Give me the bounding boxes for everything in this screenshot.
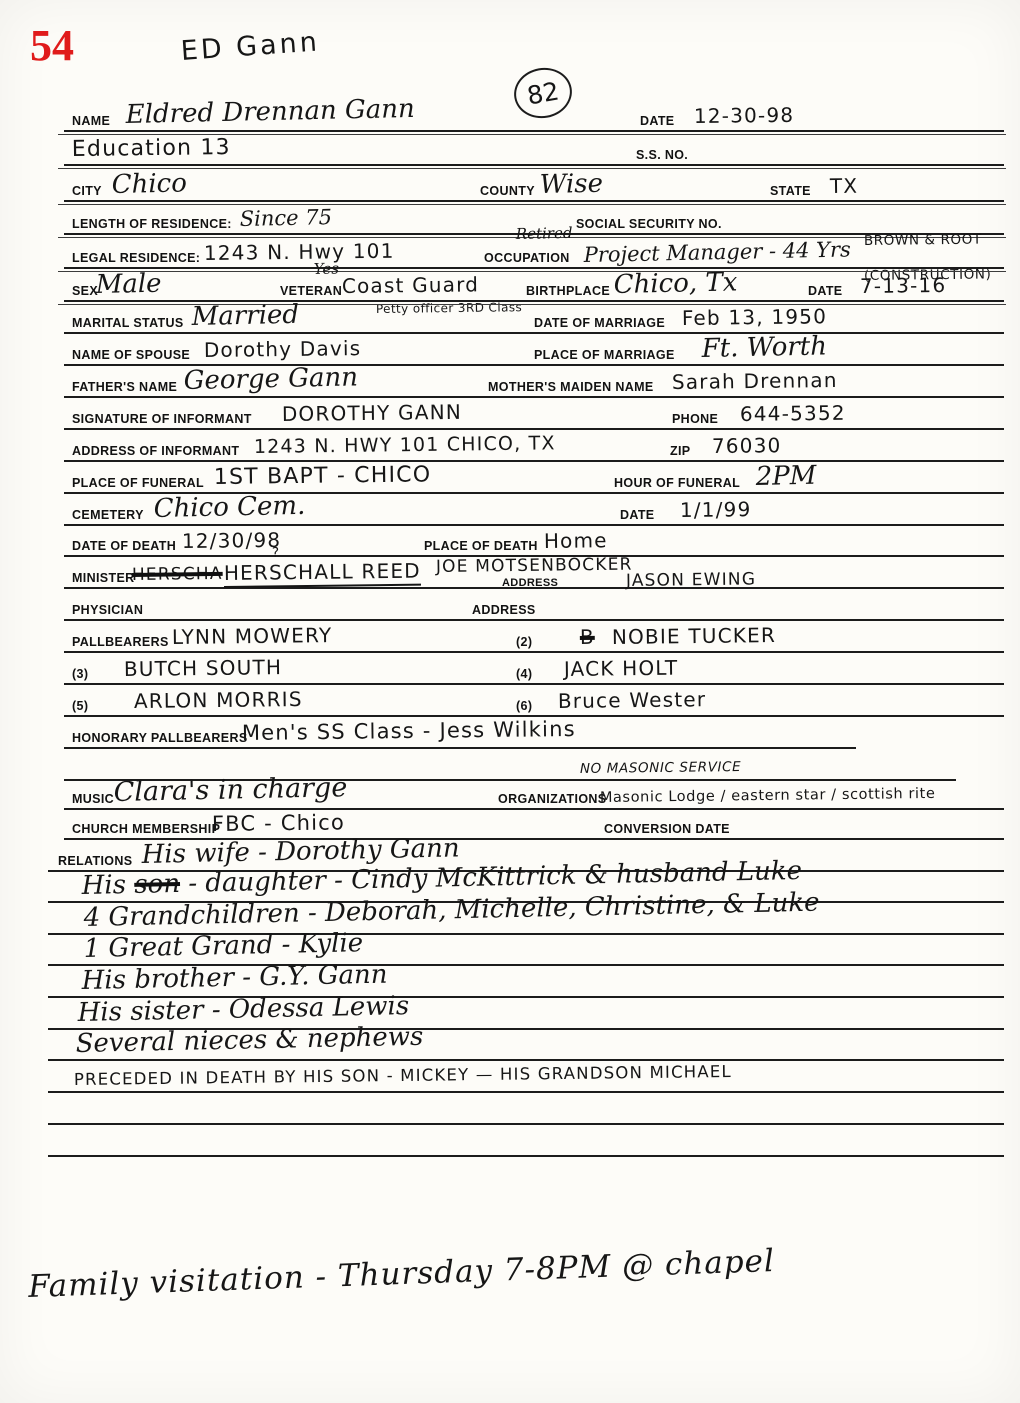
row-marital-status: MARITAL STATUS Married DATE OF MARRIAGE … — [64, 300, 1004, 334]
organizations-label: ORGANIZATIONS — [498, 792, 606, 806]
minister-struck-text: HERSCHA — [132, 564, 223, 585]
cemetery-value: Chico Cem. — [153, 491, 305, 524]
physician-address-label: ADDRESS — [472, 603, 536, 617]
length-of-residence-label: LENGTH OF RESIDENCE: — [72, 217, 232, 231]
pallbearer-4-number: (4) — [516, 667, 532, 681]
music-label: MUSIC — [72, 792, 114, 806]
zip-value: 76030 — [712, 433, 782, 458]
place-of-marriage-label: PLACE OF MARRIAGE — [534, 348, 675, 362]
mothers-maiden-name-value: Sarah Drennan — [672, 368, 838, 394]
relations-label: RELATIONS — [58, 854, 132, 868]
church-membership-value: FBC - Chico — [212, 810, 345, 836]
row-name-of-spouse: NAME OF SPOUSE Dorothy Davis PLACE OF MA… — [64, 332, 1004, 366]
pallbearer-1: LYNN MOWERY — [172, 623, 333, 649]
row-education: Education 13 S.S. NO. — [64, 132, 1004, 166]
county-value: Wise — [539, 169, 603, 200]
legal-residence-value: 1243 N. Hwy 101 — [204, 239, 395, 265]
legal-residence-label: LEGAL RESIDENCE: — [72, 251, 200, 265]
row-blank-1 — [48, 1091, 1004, 1125]
place-of-death-value: Home — [544, 528, 608, 553]
row-city: CITY Chico COUNTY Wise STATE TX — [64, 168, 1004, 202]
row-physician: PHYSICIAN ADDRESS — [64, 587, 1004, 621]
row-place-of-funeral: PLACE OF FUNERAL 1ST BAPT - CHICO HOUR O… — [64, 460, 1004, 494]
social-security-no-label: SOCIAL SECURITY NO. — [576, 217, 722, 231]
state-value: TX — [830, 174, 859, 198]
pallbearers-label: PALLBEARERS — [72, 635, 169, 649]
row-relations-8: PRECEDED IN DEATH BY HIS SON - MICKEY — … — [48, 1059, 1004, 1093]
cemetery-date-label: DATE — [620, 508, 655, 522]
conversion-date-label: CONVERSION DATE — [604, 822, 730, 836]
phone-label: PHONE — [672, 412, 718, 426]
row-pallbearers-1-2: PALLBEARERS LYNN MOWERY (2) B NOBIE TUCK… — [64, 619, 1004, 653]
minister-assistant: JOE MOTSENBOCKER — [436, 555, 633, 577]
relations-line-5: His brother - G.Y. Gann — [81, 960, 387, 996]
phone-value: 644-5352 — [740, 401, 846, 426]
fathers-name-label: FATHER'S NAME — [72, 380, 177, 394]
address-of-informant-value: 1243 N. HWY 101 CHICO, TX — [254, 432, 556, 458]
minister-value: HERSCHALL REED — [224, 559, 421, 585]
place-of-death-label: PLACE OF DEATH — [424, 539, 538, 553]
row-relations-3: 4 Grandchildren - Deborah, Michelle, Chr… — [48, 901, 1004, 935]
occupation-value: Project Manager - 44 Yrs — [583, 237, 851, 267]
place-of-marriage-value: Ft. Worth — [701, 331, 827, 364]
row-address-of-informant: ADDRESS OF INFORMANT 1243 N. HWY 101 CHI… — [64, 428, 1004, 462]
date-of-death-value: 12/30/98 — [182, 528, 282, 553]
visitation-note: Family visitation - Thursday 7-8PM @ cha… — [28, 1243, 776, 1305]
row-pallbearers-5-6: (5) ARLON MORRIS (6) Bruce Wester — [64, 683, 1004, 717]
hour-of-funeral-value: 2PM — [755, 461, 816, 492]
honorary-pallbearers-label: HONORARY PALLBEARERS — [72, 731, 248, 745]
date-value: 12-30-98 — [694, 103, 795, 128]
row-relations-5: His brother - G.Y. Gann — [48, 964, 1004, 998]
minister-label: MINISTER — [72, 571, 135, 585]
date-of-marriage-value: Feb 13, 1950 — [682, 304, 828, 330]
relations-line-7: Several nieces & nephews — [75, 1022, 423, 1059]
church-membership-label: CHURCH MEMBERSHIP — [72, 822, 220, 836]
row-minister: MINISTER HERSCHA ? HERSCHALL REED JOE MO… — [64, 555, 1004, 589]
row-church-membership: CHURCH MEMBERSHIP FBC - Chico CONVERSION… — [64, 806, 1004, 840]
row-pallbearers-3-4: (3) BUTCH SOUTH (4) JACK HOLT — [64, 651, 1004, 685]
pallbearer-5-number: (5) — [72, 699, 88, 713]
pallbearer-6: Bruce Wester — [558, 687, 707, 713]
row-relations-6: His sister - Odessa Lewis — [48, 996, 1004, 1030]
sex-value: Male — [95, 269, 161, 300]
ss-no-label: S.S. NO. — [636, 148, 688, 162]
row-fathers-name: FATHER'S NAME George Gann MOTHER'S MAIDE… — [64, 364, 1004, 398]
header-handwritten-note: ED Gann — [180, 26, 321, 67]
education-value: Education 13 — [72, 135, 231, 162]
pallbearer-2: NOBIE TUCKER — [612, 623, 776, 649]
address-of-informant-label: ADDRESS OF INFORMANT — [72, 444, 239, 458]
cemetery-label: CEMETERY — [72, 508, 144, 522]
marital-status-value: Married — [191, 300, 299, 332]
birth-date-value: 7-13-16 — [860, 273, 947, 298]
birthplace-label: BIRTHPLACE — [526, 284, 610, 298]
birth-date-label: DATE — [808, 284, 843, 298]
veteran-annotation: Yes — [314, 259, 340, 278]
marital-status-label: MARITAL STATUS — [72, 316, 184, 330]
page-index-number: 54 — [30, 20, 74, 71]
date-of-marriage-label: DATE OF MARRIAGE — [534, 316, 665, 330]
row-cemetery: CEMETERY Chico Cem. DATE 1/1/99 — [64, 492, 1004, 526]
row-legal-residence: LEGAL RESIDENCE: 1243 N. Hwy 101 OCCUPAT… — [64, 235, 1004, 269]
relations-line-2-struck: son — [134, 869, 180, 900]
row-date-of-death: DATE OF DEATH 12/30/98 PLACE OF DEATH Ho… — [64, 523, 1004, 557]
name-value: Eldred Drennan Gann — [125, 94, 415, 130]
row-sex-veteran: SEX Male VETERAN Yes Coast Guard BIRTHPL… — [64, 268, 1004, 302]
city-value: Chico — [111, 168, 187, 200]
place-of-funeral-value: 1ST BAPT - CHICO — [214, 462, 432, 490]
row-name: NAME Eldred Drennan Gann DATE 12-30-98 — [64, 98, 1004, 132]
pallbearer-5: ARLON MORRIS — [134, 687, 303, 713]
organizations-value: Masonic Lodge / eastern star / scottish … — [600, 786, 936, 806]
state-label: STATE — [770, 184, 811, 198]
birthplace-value: Chico, Tx — [613, 267, 737, 300]
veteran-label: VETERAN — [280, 284, 342, 298]
pallbearer-4: JACK HOLT — [564, 656, 679, 681]
place-of-funeral-label: PLACE OF FUNERAL — [72, 476, 204, 490]
date-label: DATE — [640, 114, 675, 128]
music-value: Clara's in charge — [113, 772, 347, 808]
zip-label: ZIP — [670, 444, 691, 458]
relations-line-2-pre: His — [81, 870, 126, 901]
physician-label: PHYSICIAN — [72, 603, 143, 617]
relations-line-4: 1 Great Grand - Kylie — [83, 928, 363, 964]
row-signature-of-informant: SIGNATURE OF INFORMANT DOROTHY GANN PHON… — [64, 396, 1004, 430]
name-of-spouse-label: NAME OF SPOUSE — [72, 348, 190, 362]
row-relations-7: Several nieces & nephews — [48, 1027, 1004, 1061]
hour-of-funeral-label: HOUR OF FUNERAL — [614, 476, 740, 490]
occupation-label: OCCUPATION — [484, 251, 570, 265]
pallbearer-3-number: (3) — [72, 667, 88, 681]
date-of-death-label: DATE OF DEATH — [72, 539, 176, 553]
row-relations-4: 1 Great Grand - Kylie — [48, 932, 1004, 966]
honorary-pallbearers-value: Men's SS Class - Jess Wilkins — [242, 717, 576, 745]
minister-question-mark: ? — [272, 545, 280, 561]
length-of-residence-value: Since 75 — [239, 205, 332, 231]
pallbearer-3: BUTCH SOUTH — [124, 655, 283, 681]
pallbearer-6-number: (6) — [516, 699, 532, 713]
row-blank-2 — [48, 1123, 1004, 1157]
city-label: CITY — [72, 184, 102, 198]
fathers-name-value: George Gann — [183, 362, 358, 396]
name-of-spouse-value: Dorothy Davis — [204, 336, 362, 362]
sex-label: SEX — [72, 284, 98, 298]
cemetery-date-value: 1/1/99 — [680, 497, 752, 522]
funeral-record-scan: 54 ED Gann 82 NAME Eldred Drennan Gann D… — [0, 0, 1020, 1403]
name-label: NAME — [72, 114, 110, 128]
masonic-note: NO MASONIC SERVICE — [580, 759, 742, 777]
signature-of-informant-value: DOROTHY GANN — [282, 400, 462, 426]
pallbearer-2-number: (2) — [516, 635, 532, 649]
veteran-value: Coast Guard — [342, 272, 480, 298]
row-honorary-pallbearers: HONORARY PALLBEARERS Men's SS Class - Je… — [64, 715, 856, 749]
mothers-maiden-name-label: MOTHER'S MAIDEN NAME — [488, 380, 654, 394]
occupation-annotation: Retired — [516, 224, 573, 243]
row-music-organizations: MUSIC Clara's in charge ORGANIZATIONS Ma… — [64, 776, 1004, 810]
relations-line-8: PRECEDED IN DEATH BY HIS SON - MICKEY — … — [74, 1062, 732, 1089]
signature-of-informant-label: SIGNATURE OF INFORMANT — [72, 412, 252, 426]
employer-name: BROWN & ROOT — [864, 232, 982, 249]
county-label: COUNTY — [480, 184, 535, 198]
pallbearer-2-struck: B — [580, 625, 595, 649]
